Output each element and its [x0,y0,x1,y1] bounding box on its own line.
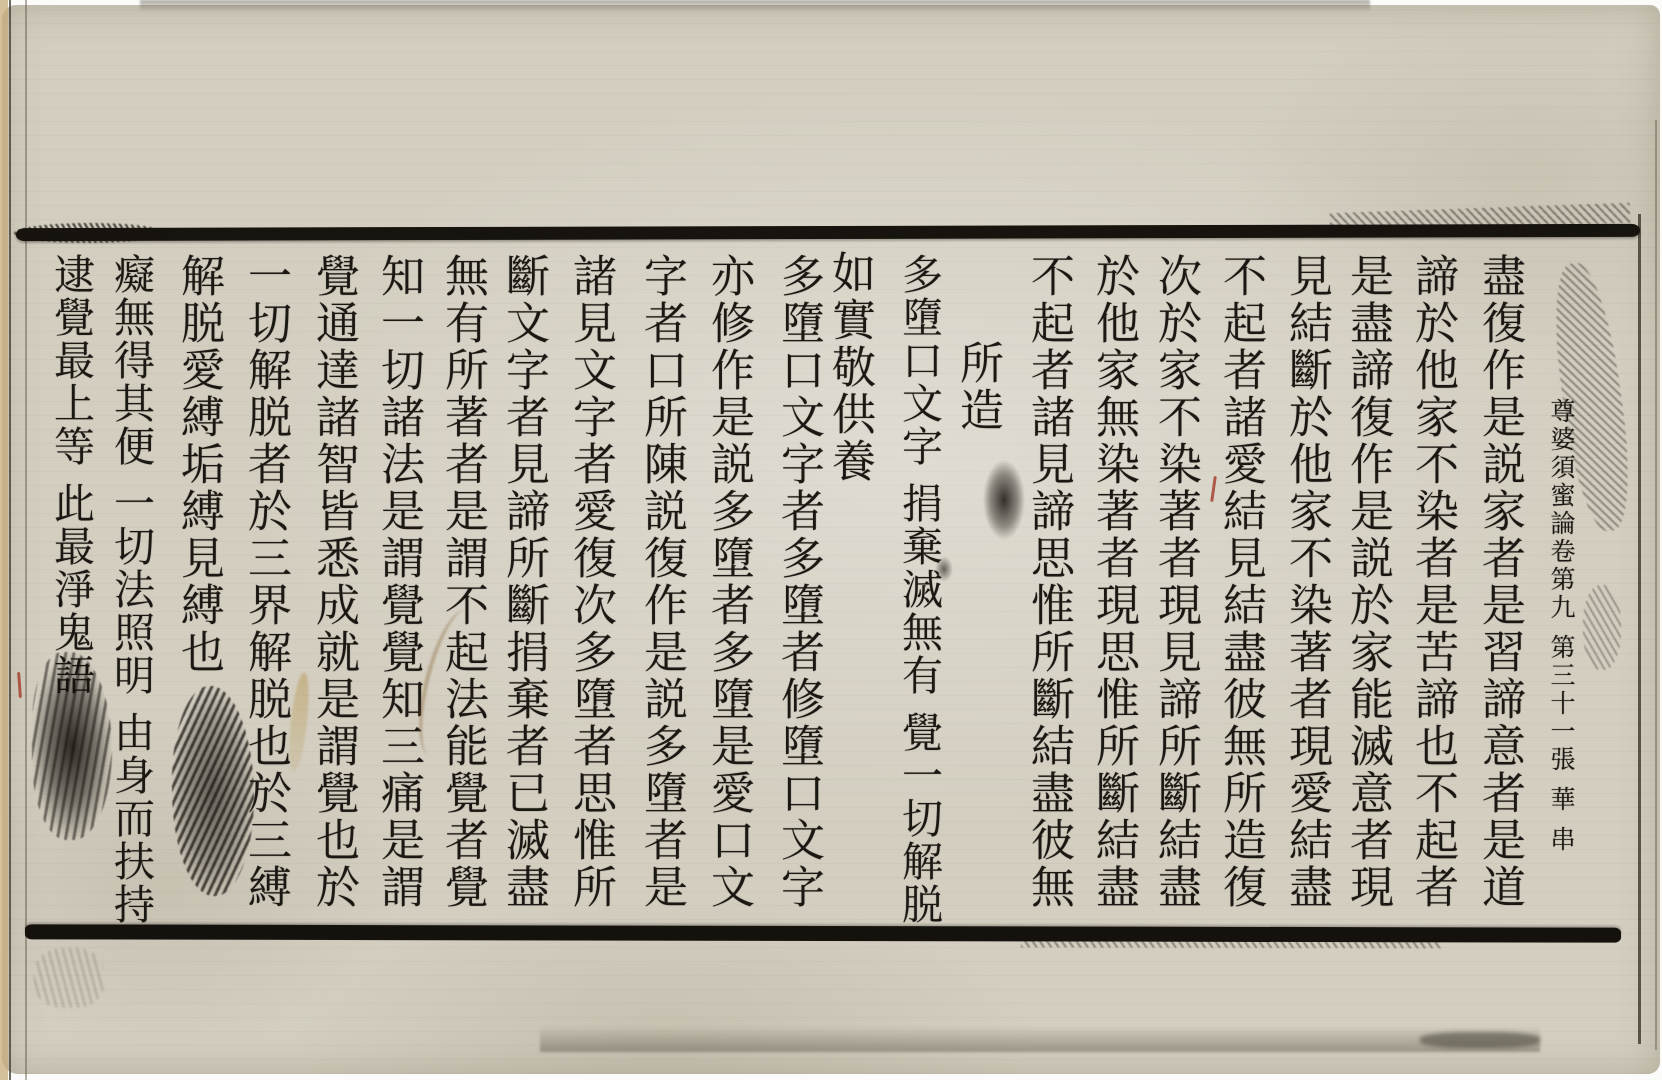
text-column-5: 不起者諸愛結見結盡彼無所造復 [1218,253,1262,911]
manuscript-page: 尊婆須蜜論卷第九第三十一張華串盡復作是説家者是習諦意者是道諦於他家不染者是苦諦也… [0,0,1662,1080]
column-segment: 不起者諸愛結見結盡彼無所造復 [1215,253,1266,911]
column-segment: 串 [1547,814,1576,854]
text-column-13: 諸見文字者愛復次多墮者思惟所 [568,253,612,911]
column-segment: 斷文字者見諦所斷捐棄者已滅盡 [498,253,549,911]
column-segment: 解脱愛縛垢縛見縛也 [173,253,224,676]
text-column-14: 斷文字者見諦所斷捐棄者已滅盡 [501,253,545,911]
column-segment: 癡無得其便 [107,253,155,468]
column-segment: 第三十一張 [1547,622,1576,774]
text-column-15: 無有所著者是謂不起法能覺者覺 [440,253,484,911]
ink-speck-center [935,556,953,582]
column-segment: 華 [1547,774,1576,814]
text-column-9: 所造 [955,340,999,434]
column-segment: 如實敬供養 [824,250,875,485]
text-columns: 尊婆須蜜論卷第九第三十一張華串盡復作是説家者是習諦意者是道諦於他家不染者是苦諦也… [0,0,1662,1080]
text-column-6: 次於家不染著者現見諦所斷結盡 [1153,253,1197,911]
column-segment: 諸見文字者愛復次多墮者思惟所 [565,253,616,911]
ink-smudge-center [983,460,1025,540]
column-segment: 見結斷於他家不染著者現愛結盡 [1281,253,1332,911]
column-segment: 是盡諦復作是説於家能滅意者現 [1342,253,1393,911]
column-segment: 字者口所陳説復作是説多墮者是 [636,253,687,911]
text-column-10: 多墮口文字者多墮者修墮口文字 [776,253,820,911]
faint-ink-remnant-bottom-left [34,948,104,1008]
column-segment: 多墮口文字 [895,253,943,468]
column-segment: 多墮口文字者多墮者修墮口文字 [773,253,824,911]
text-column-1: 盡復作是説家者是習諦意者是道 [1477,253,1521,911]
column-segment: 一切法照明 [107,468,155,697]
column-segment: 覺通達諸智皆悉成就是謂覺也於 [308,253,359,911]
column-segment: 諦於他家不染者是苦諦也不起者 [1407,253,1458,911]
volume-header-column: 尊婆須蜜論卷第九第三十一張華串 [1549,398,1574,854]
verse-column-3: 癡無得其便一切法照明由身而扶持 [110,253,151,926]
column-segment: 亦修作是説多墮者多墮是愛口文 [703,253,754,911]
column-segment: 由身而扶持 [107,697,155,926]
text-column-2: 諦於他家不染者是苦諦也不起者 [1410,253,1454,911]
ink-smudge-right-margin-2 [1583,585,1621,670]
column-segment: 逮覺最上等 [47,253,95,468]
column-segment: 次於家不染著者現見諦所斷結盡 [1150,253,1201,911]
column-segment: 覺一切解脱 [895,697,943,926]
verse-column-2: 如實敬供養 [827,250,871,485]
column-segment: 捐棄滅無有 [895,468,943,697]
column-segment: 知一切諸法是謂覺覺知三痛是謂 [373,253,424,911]
verse-column-4: 逮覺最上等此最淨鬼語 [50,253,91,697]
text-column-4: 見結斷於他家不染著者現愛結盡 [1284,253,1328,911]
text-column-19: 解脱愛縛垢縛見縛也 [176,253,220,676]
text-column-17: 覺通達諸智皆悉成就是謂覺也於 [311,253,355,911]
text-column-8: 不起者諸見諦思惟所斷結盡彼無 [1026,253,1070,911]
text-column-16: 知一切諸法是謂覺覺知三痛是謂 [376,253,420,911]
text-column-11: 亦修作是説多墮者多墮是愛口文 [706,253,750,911]
text-column-3: 是盡諦復作是説於家能滅意者現 [1345,253,1389,911]
column-segment: 所造 [952,340,1003,434]
column-segment: 盡復作是説家者是習諦意者是道 [1474,253,1525,911]
column-segment: 不起者諸見諦思惟所斷結盡彼無 [1023,253,1074,911]
column-segment: 無有所著者是謂不起法能覺者覺 [437,253,488,911]
verse-column-1: 多墮口文字捐棄滅無有覺一切解脱 [898,253,939,926]
column-segment: 於他家無染著者現思惟所斷結盡 [1088,253,1139,911]
text-column-7: 於他家無染著者現思惟所斷結盡 [1091,253,1135,911]
text-column-12: 字者口所陳説復作是説多墮者是 [639,253,683,911]
